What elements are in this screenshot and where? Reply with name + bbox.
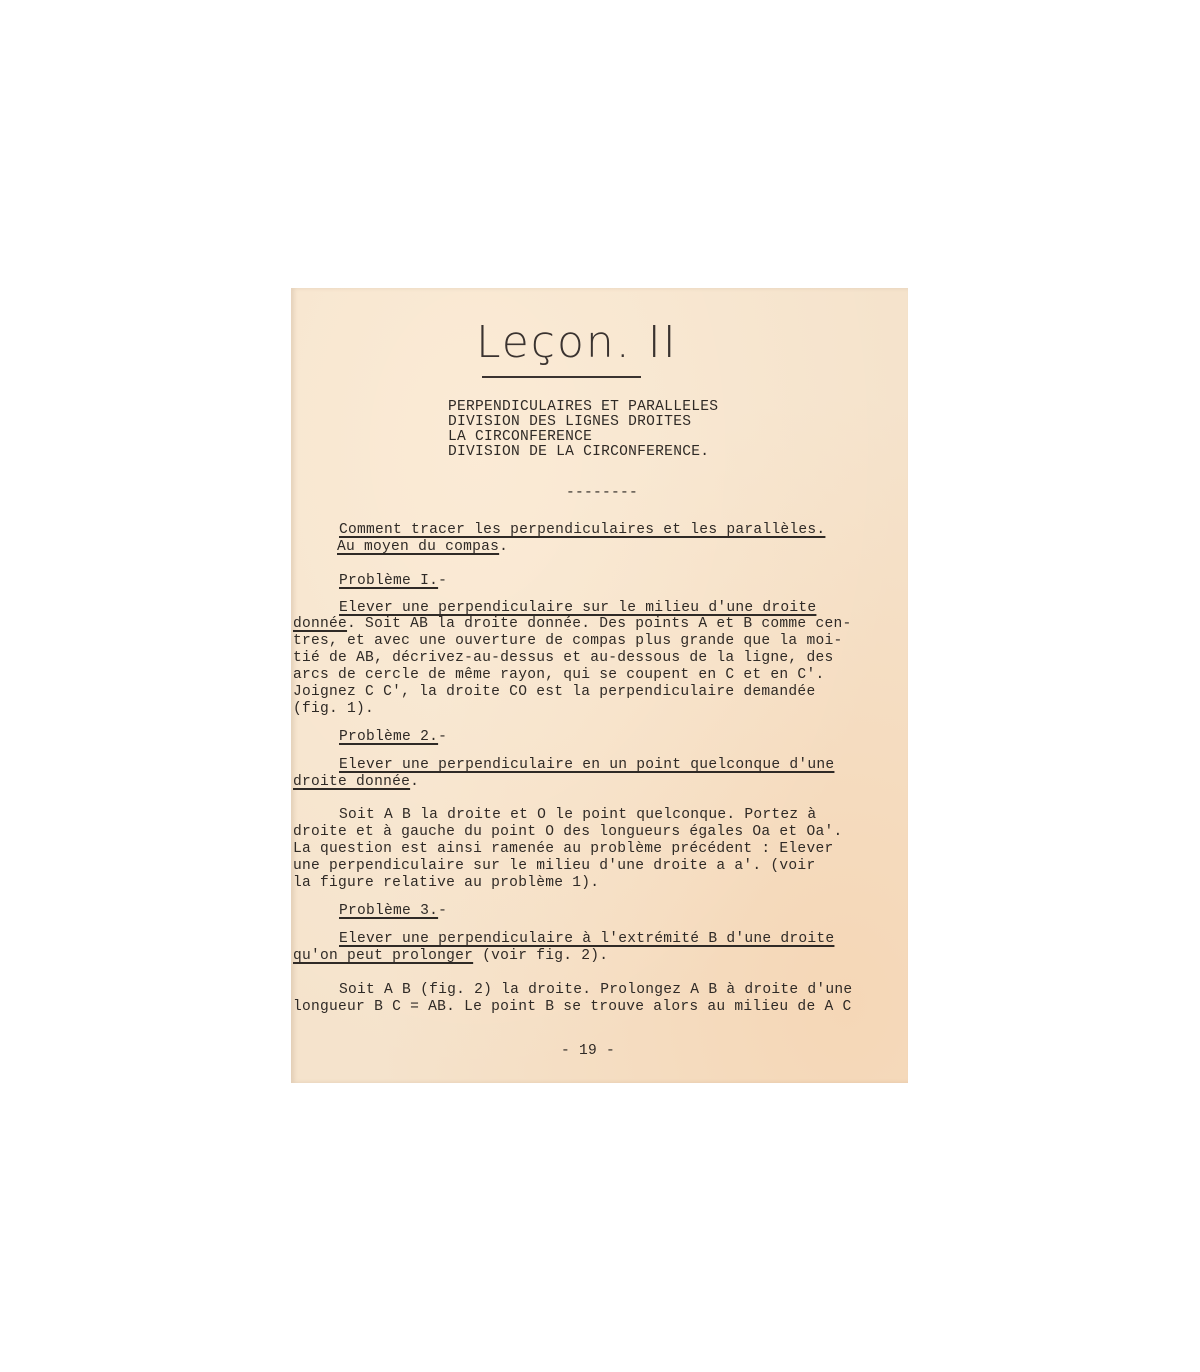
separator: -------- xyxy=(566,484,638,502)
body-line: une perpendiculaire sur le milieu d'une … xyxy=(293,857,815,875)
title-underline xyxy=(482,376,641,378)
body-line: Joignez C C', la droite CO est la perpen… xyxy=(293,683,815,701)
body-line: (fig. 1). xyxy=(293,700,374,718)
page-number: - 19 - xyxy=(561,1042,615,1060)
body-line: la figure relative au problème 1). xyxy=(293,874,599,892)
body-line: tres, et avec une ouverture de compas pl… xyxy=(293,632,842,650)
body-line: tié de AB, décrivez-au-dessus et au-dess… xyxy=(293,649,833,667)
problem-statement: Elever une perpendiculaire à l'extrémité… xyxy=(339,931,834,947)
section-heading-line: Au moyen du compas xyxy=(337,539,499,555)
problem-statement: Elever une perpendiculaire sur le milieu… xyxy=(339,600,816,616)
problem-heading: Problème 2. xyxy=(339,729,438,745)
body-line: droite et à gauche du point O des longue… xyxy=(293,823,842,841)
body-line: longueur B C = AB. Le point B se trouve … xyxy=(293,998,851,1016)
body-line: La question est ainsi ramenée au problèm… xyxy=(293,840,833,858)
body-line: Soit A B la droite et O le point quelcon… xyxy=(339,806,816,824)
section-heading-line: Comment tracer les perpendiculaires et l… xyxy=(339,522,825,538)
scanned-page: Leçon. II PERPENDICULAIRES ET PARALLELES… xyxy=(291,288,908,1083)
body-line: arcs de cercle de même rayon, qui se cou… xyxy=(293,666,824,684)
problem-heading: Problème 3. xyxy=(339,903,438,919)
lesson-title: Leçon. II xyxy=(476,318,678,368)
body-line: Soit A B (fig. 2) la droite. Prolongez A… xyxy=(339,981,852,999)
problem-heading: Problème I. xyxy=(339,573,438,589)
problem-statement: Elever une perpendiculaire en un point q… xyxy=(339,757,834,773)
subtitle-line: DIVISION DE LA CIRCONFERENCE. xyxy=(448,443,709,461)
